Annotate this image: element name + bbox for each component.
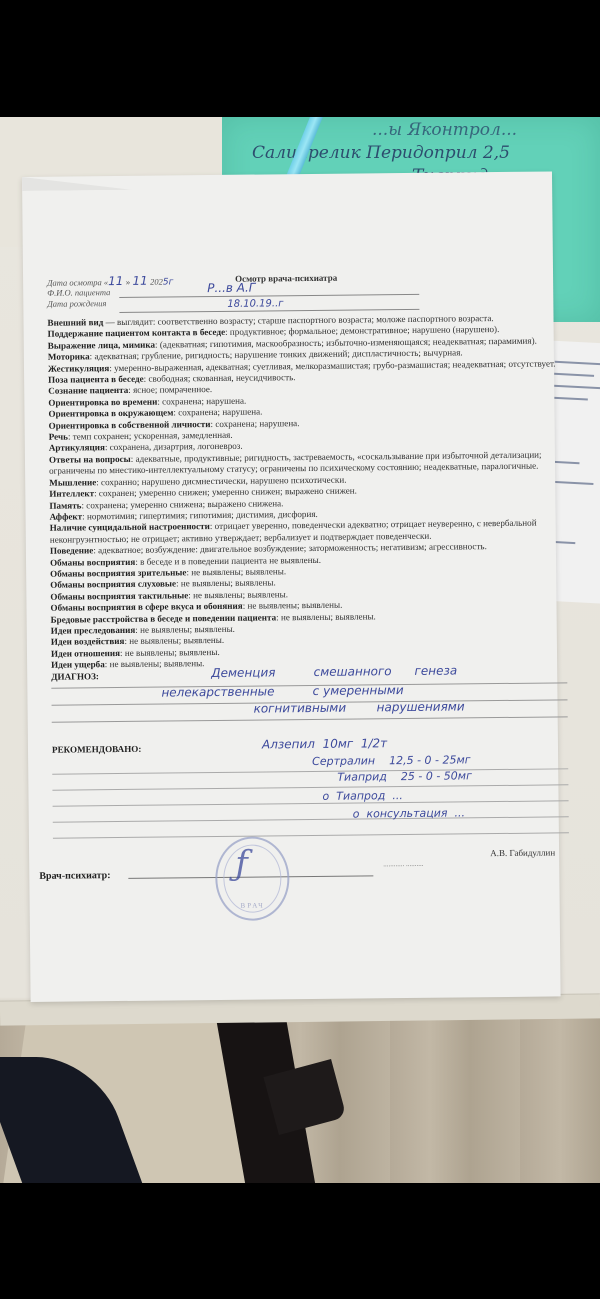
diagnosis-block: ДИАГНОЗ: Деменция смешанного генеза неле… bbox=[51, 666, 568, 722]
patient-name-value: Р...в А.Г bbox=[207, 283, 255, 295]
recommended-label: РЕКОМЕНДОВАНО: bbox=[52, 743, 141, 754]
signature-mark: ƒ bbox=[235, 858, 248, 870]
recommendation-line-1: Алзепил 10мг 1/2т bbox=[262, 738, 387, 751]
exam-form-sheet: Дата осмотра «11 » 11 2025г Осмотр врача… bbox=[22, 171, 561, 1002]
recommendations-block: РЕКОМЕНДОВАНО: Алзепил 10мг 1/2т Сертрал… bbox=[52, 739, 569, 838]
recommendation-line-3: Тиаприд 25 - 0 - 50мг bbox=[337, 770, 472, 783]
signature-dots: ............ .......... bbox=[383, 858, 423, 870]
diagnosis-line-2: нелекарственные с умеренными bbox=[161, 685, 403, 699]
photo-scene: ...ы Яконтрол... Салипрелик Перидоприл 2… bbox=[0, 117, 600, 1183]
doctor-label: Врач-психиатр: bbox=[39, 870, 110, 882]
birth-date-value: 18.10.19..г bbox=[227, 298, 283, 310]
recommendation-line-4: о Тиапрод ... bbox=[322, 790, 402, 802]
diagnosis-label: ДИАГНОЗ: bbox=[51, 671, 99, 681]
form-content: Дата осмотра «11 » 11 2025г Осмотр врача… bbox=[47, 271, 570, 908]
diagnosis-line-1: Деменция смешанного генеза bbox=[211, 665, 457, 679]
doctor-stamp: ƒ ВРАЧ bbox=[215, 836, 290, 921]
diagnosis-line-3: когнитивными нарушениями bbox=[212, 701, 465, 715]
recommendation-line-2: Сертралин 12,5 - 0 - 25мг bbox=[312, 754, 471, 767]
exam-sections: Внешний вид — выглядит: соответственно в… bbox=[47, 312, 567, 671]
doctor-signature-block: А.В. Габидуллин ............ .......... … bbox=[53, 843, 570, 908]
doctor-name: А.В. Габидуллин bbox=[490, 847, 555, 859]
recommendation-line-5: о консультация ... bbox=[353, 807, 465, 820]
